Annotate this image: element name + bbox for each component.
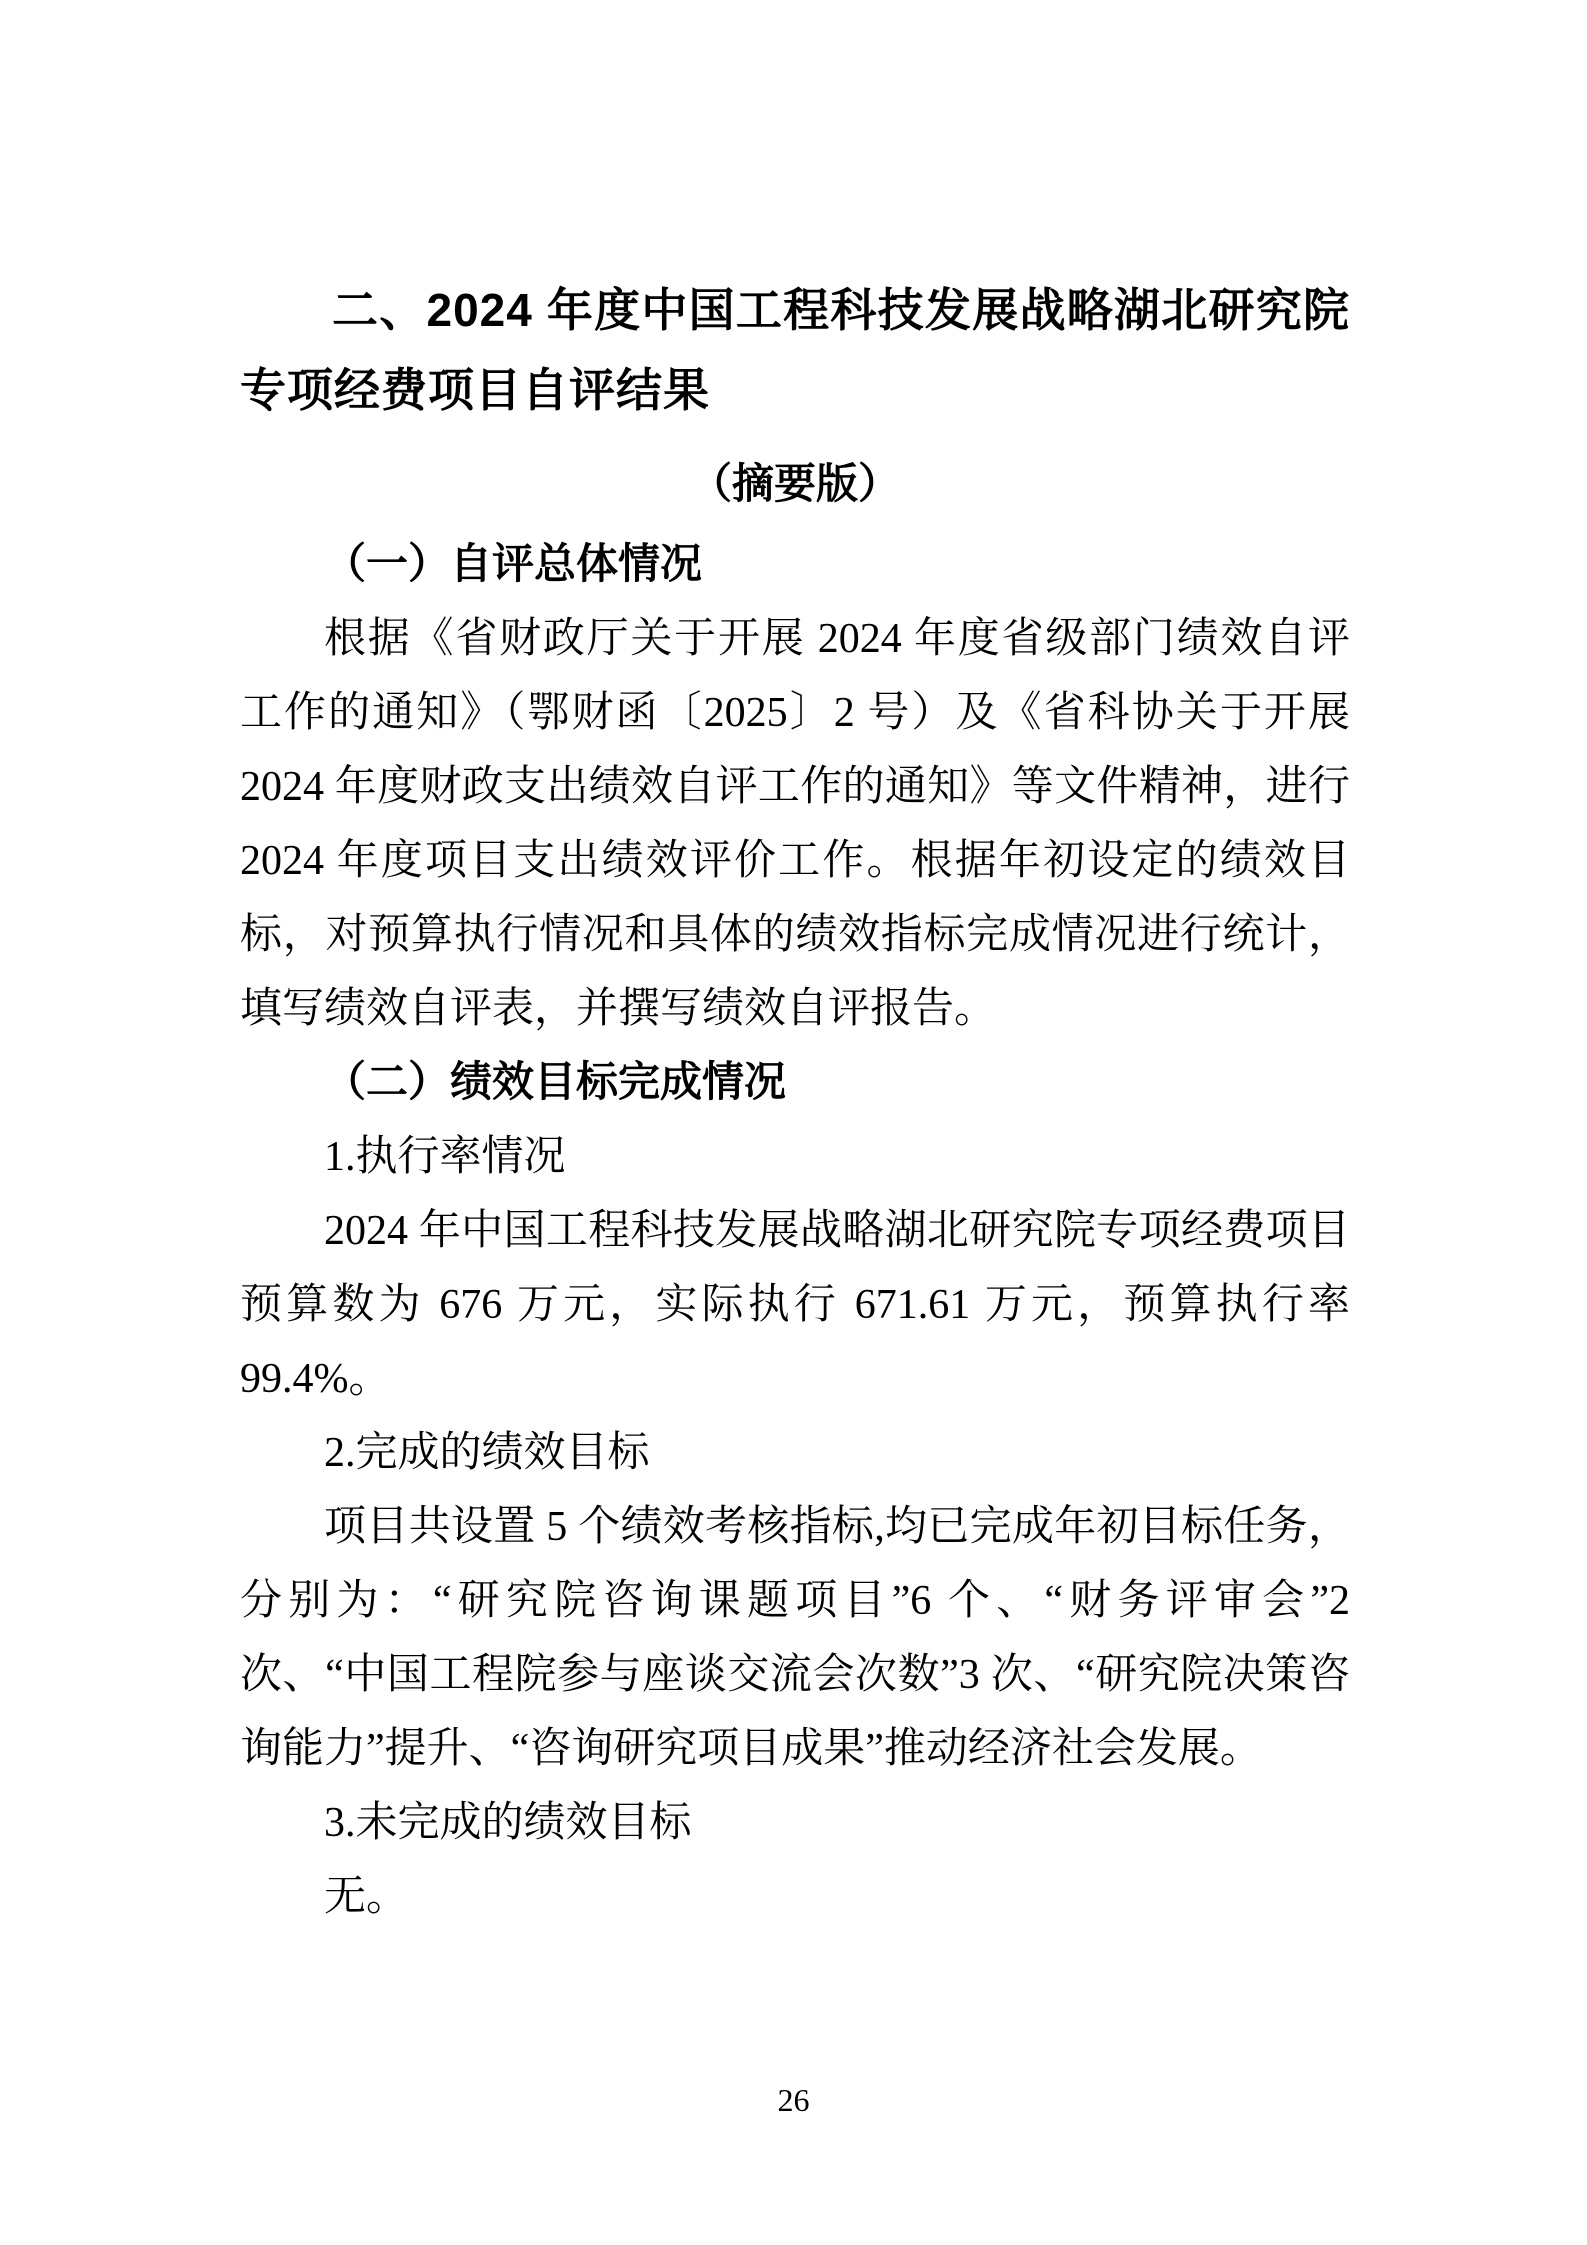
document-subtitle: （摘要版） (240, 448, 1350, 522)
section-1-heading: （一）自评总体情况 (240, 528, 1350, 602)
page-title: 二、2024 年度中国工程科技发展战略湖北研究院专项经费项目自评结果 (240, 270, 1350, 430)
document-page: 二、2024 年度中国工程科技发展战略湖北研究院专项经费项目自评结果 （摘要版）… (0, 0, 1587, 2245)
completed-goals-paragraph: 项目共设置 5 个绩效考核指标,均已完成年初目标任务，分别为：“研究院咨询课题项… (240, 1490, 1350, 1786)
execution-rate-paragraph: 2024 年中国工程科技发展战略湖北研究院专项经费项目预算数为 676 万元，实… (240, 1194, 1350, 1416)
section-2-heading: （二）绩效目标完成情况 (240, 1046, 1350, 1120)
section-1-paragraph: 根据《省财政厅关于开展 2024 年度省级部门绩效自评工作的通知》（鄂财函〔20… (240, 602, 1350, 1046)
uncompleted-goals-paragraph: 无。 (240, 1860, 1350, 1934)
subsection-completed-goals-heading: 2.完成的绩效目标 (240, 1416, 1350, 1490)
document-content: 二、2024 年度中国工程科技发展战略湖北研究院专项经费项目自评结果 （摘要版）… (240, 0, 1350, 1934)
page-number: 26 (0, 2082, 1587, 2118)
subsection-execution-rate-heading: 1.执行率情况 (240, 1120, 1350, 1194)
subsection-uncompleted-goals-heading: 3.未完成的绩效目标 (240, 1786, 1350, 1860)
